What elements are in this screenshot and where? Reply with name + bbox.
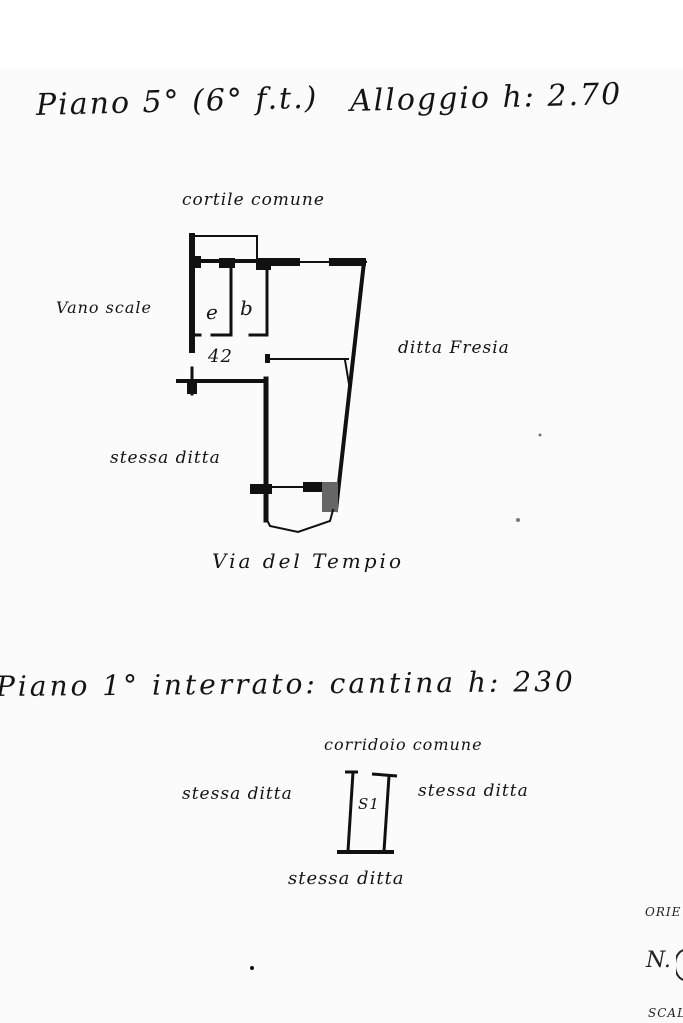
basement-title: Piano 1° interrato: cantina h: 230 — [0, 665, 576, 703]
label-stessa-ditta-south-basement: stessa ditta — [288, 868, 405, 889]
north-mark: N. — [646, 948, 671, 973]
label-corridoio-comune: corridoio comune — [324, 735, 483, 754]
label-stessa-ditta-east-basement: stessa ditta — [418, 781, 529, 801]
cellar-unit-mark: S1 — [358, 795, 380, 813]
unit-number-label: 42 — [208, 346, 233, 367]
compass-icon — [676, 948, 683, 982]
scale-label: SCAL — [648, 1006, 683, 1020]
label-vano-scale: Vano scale — [56, 298, 152, 317]
label-via-del-tempio: Via del Tempio — [212, 549, 404, 573]
room-mark-b: b — [240, 296, 254, 320]
label-ditta-fresia: ditta Fresia — [398, 338, 510, 358]
orientation-label: ORIE — [645, 905, 681, 919]
room-mark-e: e — [206, 300, 219, 324]
label-cortile-comune: cortile comune — [182, 190, 325, 210]
label-stessa-ditta-west: stessa ditta — [110, 448, 221, 468]
label-stessa-ditta-west-basement: stessa ditta — [182, 784, 293, 804]
